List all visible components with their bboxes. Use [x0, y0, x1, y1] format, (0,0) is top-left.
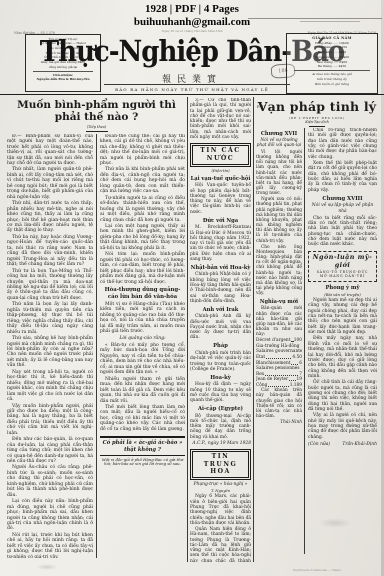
block-h: Hoa-kỳ — [190, 375, 251, 381]
block-p: Đến như các báo-quán, là cơ-quan của dư-… — [7, 437, 93, 464]
block-p: Ngày 6 Mars, các phái-viên ở biên-giới h… — [190, 494, 251, 526]
block-box2: Có phải là « ác-giả ác-báo » thật không … — [100, 436, 185, 455]
block-h: Chương XVII — [256, 131, 302, 137]
block-p: Nhiều người tham rẻ gửi tiền mua; đến kh… — [100, 377, 185, 404]
block-p: Nói tóm lại: muốn bình-phẩm người thì ph… — [100, 252, 185, 285]
block-dbox: Ngôn-luận mỹ-giớiSÁNG-TỎ TRUNG-ĐỨCMỞ-MAN… — [308, 251, 377, 282]
block-p: Xem thế thì biết phép-luật đặt ra cốt để… — [308, 161, 377, 193]
block-p: Vậy ai là người có chí, nên nhớ lấy mấy … — [308, 413, 377, 440]
block-pis: Một vị độc-giả ở phố Hàng-Bạc có gửi thư… — [100, 458, 185, 467]
article-subtitle: (DE L'ESPRIT DES LOIS) — [256, 116, 378, 120]
block-h: Lại vạn-tuế quốc-hội — [190, 176, 251, 182]
block-p: Thứ năm là bọn ấy lại lấy danh-nghĩa từ-… — [7, 302, 93, 335]
block-p: 3.— Cứ cho tinh-thần phẩm-giá là quí, th… — [190, 98, 251, 140]
headline-rule — [86, 131, 108, 132]
article-van-phap-tinh-ly: P. 71 Vạn pháp tinh lý (DE L'ESPRIT DES … — [256, 99, 378, 554]
block-pi: Phụng-trực « hòa-nghị » — [190, 482, 251, 487]
column-rule — [253, 97, 254, 562]
block-p: Vì tội người thường không đến nỗi nặng n… — [256, 150, 302, 196]
block-pis: (Điện-tín) — [190, 169, 251, 173]
block-h: Chương XVIII — [308, 196, 377, 202]
block-p: Nói rút lại, trước khi hạ bút khen chê a… — [7, 533, 93, 558]
text-line: Ba tháng ..... 4$50 — [289, 64, 375, 69]
scan-smudge — [318, 518, 352, 528]
block-p: Chính-phủ Nhật-bản có ý không bằng lòng … — [190, 272, 251, 304]
block-list: Décret d'argent100Gia-trưởng Hà-đông50Sa… — [256, 338, 302, 388]
block-h: Hòa-thượng dùng quảng-cáo lừa bán đồ văn… — [100, 287, 185, 300]
article-column-4: Chương XVIINói về sự thưởng phạt đối với… — [256, 128, 302, 554]
article-column-2: Đoàn-thể cũng thế: cái gì hay thì khen, … — [96, 134, 185, 558]
block-p: Thứ tư là bọn Tạo-Mống và Thổ-công hai b… — [7, 269, 93, 302]
article-column-5: Chịu rõ-ràng trách-nhiệm thì mới giữ đượ… — [304, 128, 377, 554]
article-binh-pham: Muốn bình-phẩm người thì phải thế nào ? … — [7, 99, 186, 558]
block-box: TIN TRUNG HOA — [192, 451, 249, 478]
block-p: Thứ ba này, hay hoặc dùng Vương-ngọc-Hoà… — [7, 235, 93, 268]
block-h: Pháp — [190, 343, 251, 349]
block-box: TIN CÁC NƯỚC — [192, 145, 249, 165]
block-p: Chính-phủ mới trình bản dự-luật về việc … — [190, 351, 251, 372]
block-p: Bản-quán mới nhận được của các nhà hảo-t… — [256, 306, 302, 337]
block-sig: Thái-Ninh — [256, 420, 302, 425]
watermark-line1: 1928 | PDF | 4 Pages — [0, 3, 384, 15]
block-h: Ai-cập (Egypte) — [190, 406, 251, 412]
block-p: Hội Vạn-quốc tuyên-bố sẽ họp phiên đại-h… — [190, 183, 251, 215]
block-h: Nghĩa-vụ mới — [256, 299, 302, 305]
block-pi: Nói về sự thưởng phạt đối với quan-lại — [256, 138, 302, 148]
price-notes: Ai mua báo tháng nào giảtiền trước tháng… — [289, 72, 375, 86]
block-p: Bộ thương-mại Ai-cập mới tổ-chức lại, đị… — [190, 414, 251, 440]
block-p: Cho nên ông Montesquieu bàn rằng: hình-p… — [256, 245, 302, 297]
article-headline: Muốn bình-phẩm người thì phải thế nào ? — [7, 99, 186, 124]
headline-rule — [309, 126, 325, 127]
block-p: Thứ nhì, dân-trí nước ta còn thấp, phần … — [7, 201, 93, 234]
block-p: Hoa-kỳ đã định — ngày mồng 10 tháng tư n… — [190, 382, 251, 403]
block-p: Thứ nữa là khi bình-phẩm phải xét đến đị… — [100, 167, 185, 194]
block-pis: (Bài văn về truyện) — [308, 293, 377, 298]
block-p: Lại còn một hạng người, thấy ai hơn mình… — [100, 224, 185, 251]
translator-credit: Kiện-Tạo dịch — [256, 120, 378, 124]
scan-artifact-line — [248, 18, 382, 19]
block-p: Tự-nhiên người ta ai cũng có điều sở-đoả… — [100, 196, 185, 223]
divider — [294, 70, 370, 71]
block-p: Các khoản trên này bản-quán đã chuyển gi… — [256, 388, 302, 419]
column-rule — [187, 97, 188, 562]
price-rows: Đông-Pháp ..... 10$00Sáu tháng ..... 5$5… — [289, 41, 375, 69]
block-h: Nhật-bản với Hoa-kỳ — [190, 265, 251, 271]
block-p: Thứ nhất, làm người quân-tử phê-bình ai,… — [7, 167, 93, 200]
block-p: Đến mấy ngày nay, nhà Đình vẫn có mối lo… — [308, 336, 377, 379]
block-p: Chịu rõ-ràng trách-nhiệm thì mới giữ đượ… — [308, 128, 377, 160]
block-p: Cho ta biết rằng mỗi sắc-dân có một tính… — [308, 216, 377, 248]
block-p: Một vị sư ở Hàng-châu (Tàu) khéo kiếm ti… — [100, 302, 185, 335]
masthead-tagline: BÁO RA HẰNG NGÀY TRỪ THỨ NHẬT VÀ NGÀY LỄ — [0, 87, 384, 92]
block-p: Vậy muốn bình-phẩm người, phải giữ cho đ… — [7, 404, 93, 437]
block-sig: A.C.P., ngày 19 Mars 1928 — [190, 441, 251, 446]
block-pis: T. Nguyên — [190, 489, 251, 493]
newspaper-page: 1928 | PDF | 4 Pages buihuuhanh@gmail.co… — [0, 0, 384, 576]
block-p: Người xưa có nói: thưởng phải tin, phạt … — [256, 197, 302, 243]
block-p: Quân Nam hiện đóng ở Hà-nam, thanh-thế t… — [190, 527, 251, 562]
block-p: Nay xét trong xã-hội ta, người có học-th… — [7, 370, 93, 403]
printer-imprint: Imprimerie Tonkinoise — Hanoi — [252, 568, 382, 572]
block-p: Lại còn điều này nữa: bình-phẩm mà đúng,… — [7, 499, 93, 532]
serial-number: P. 71 — [257, 105, 266, 109]
block-p: Đoàn-thể cũng thế: cái gì hay thì khen, … — [100, 134, 185, 167]
masthead-bottom-rule — [0, 94, 384, 95]
scan-artifact-line — [300, 21, 360, 22]
article-column-1: Đ.— Bình-phẩm sự hành-vi của một người h… — [7, 134, 93, 558]
block-pi: Lời quảng-cáo rằng: — [100, 336, 185, 341]
block-f2: (Còn nữa)Trần-Khải-Định — [308, 442, 377, 447]
tagline-rule — [104, 84, 290, 85]
block-p: Thế mới biết lòng tham làm mờ con mắt; d… — [100, 405, 185, 432]
block-p: Người Âu-châu có câu rằng: phê-bình tức … — [7, 465, 93, 498]
block-p: Người ham mê sự đẹp thì ai cũng vậy, như… — [308, 298, 377, 335]
block-h: Đức với Nga — [190, 218, 251, 224]
block-p: Đ.— Bình-phẩm sự hành-vi của một người h… — [7, 134, 93, 167]
news-column: 3.— Cứ cho tinh-thần phẩm-giá là quí, th… — [190, 98, 251, 562]
block-p: Chính-phủ Anh đã ký điều-ước mới với vua… — [190, 314, 251, 340]
subscription-price-box: GIÁ BÁO CẢ NĂM Đông-Pháp ..... 10$00Sáu … — [286, 33, 378, 94]
block-p: Ôi! chữ tình là cái dây ràng-buộc người … — [308, 380, 377, 412]
block-p: M. Brockdorff-Rantzau là Đại-sứ Đức ở Mo… — [190, 225, 251, 262]
block-h: Anh với Irak — [190, 307, 251, 313]
scan-smudge — [36, 564, 58, 570]
block-h: Phong ý mỹ — [308, 285, 377, 291]
article-subhead: (Tiếp theo) — [7, 125, 186, 129]
block-p: « Bản-tự có mấy pho tượng cổ, mấy bức da… — [100, 343, 185, 376]
article-headline: Vạn pháp tinh lý — [256, 99, 378, 114]
block-p: Thứ sáu, những kẻ hay bình-phẩm người mà… — [7, 336, 93, 369]
block-pi: Nói về sự lập-pháp về phận nhà — [308, 203, 377, 214]
